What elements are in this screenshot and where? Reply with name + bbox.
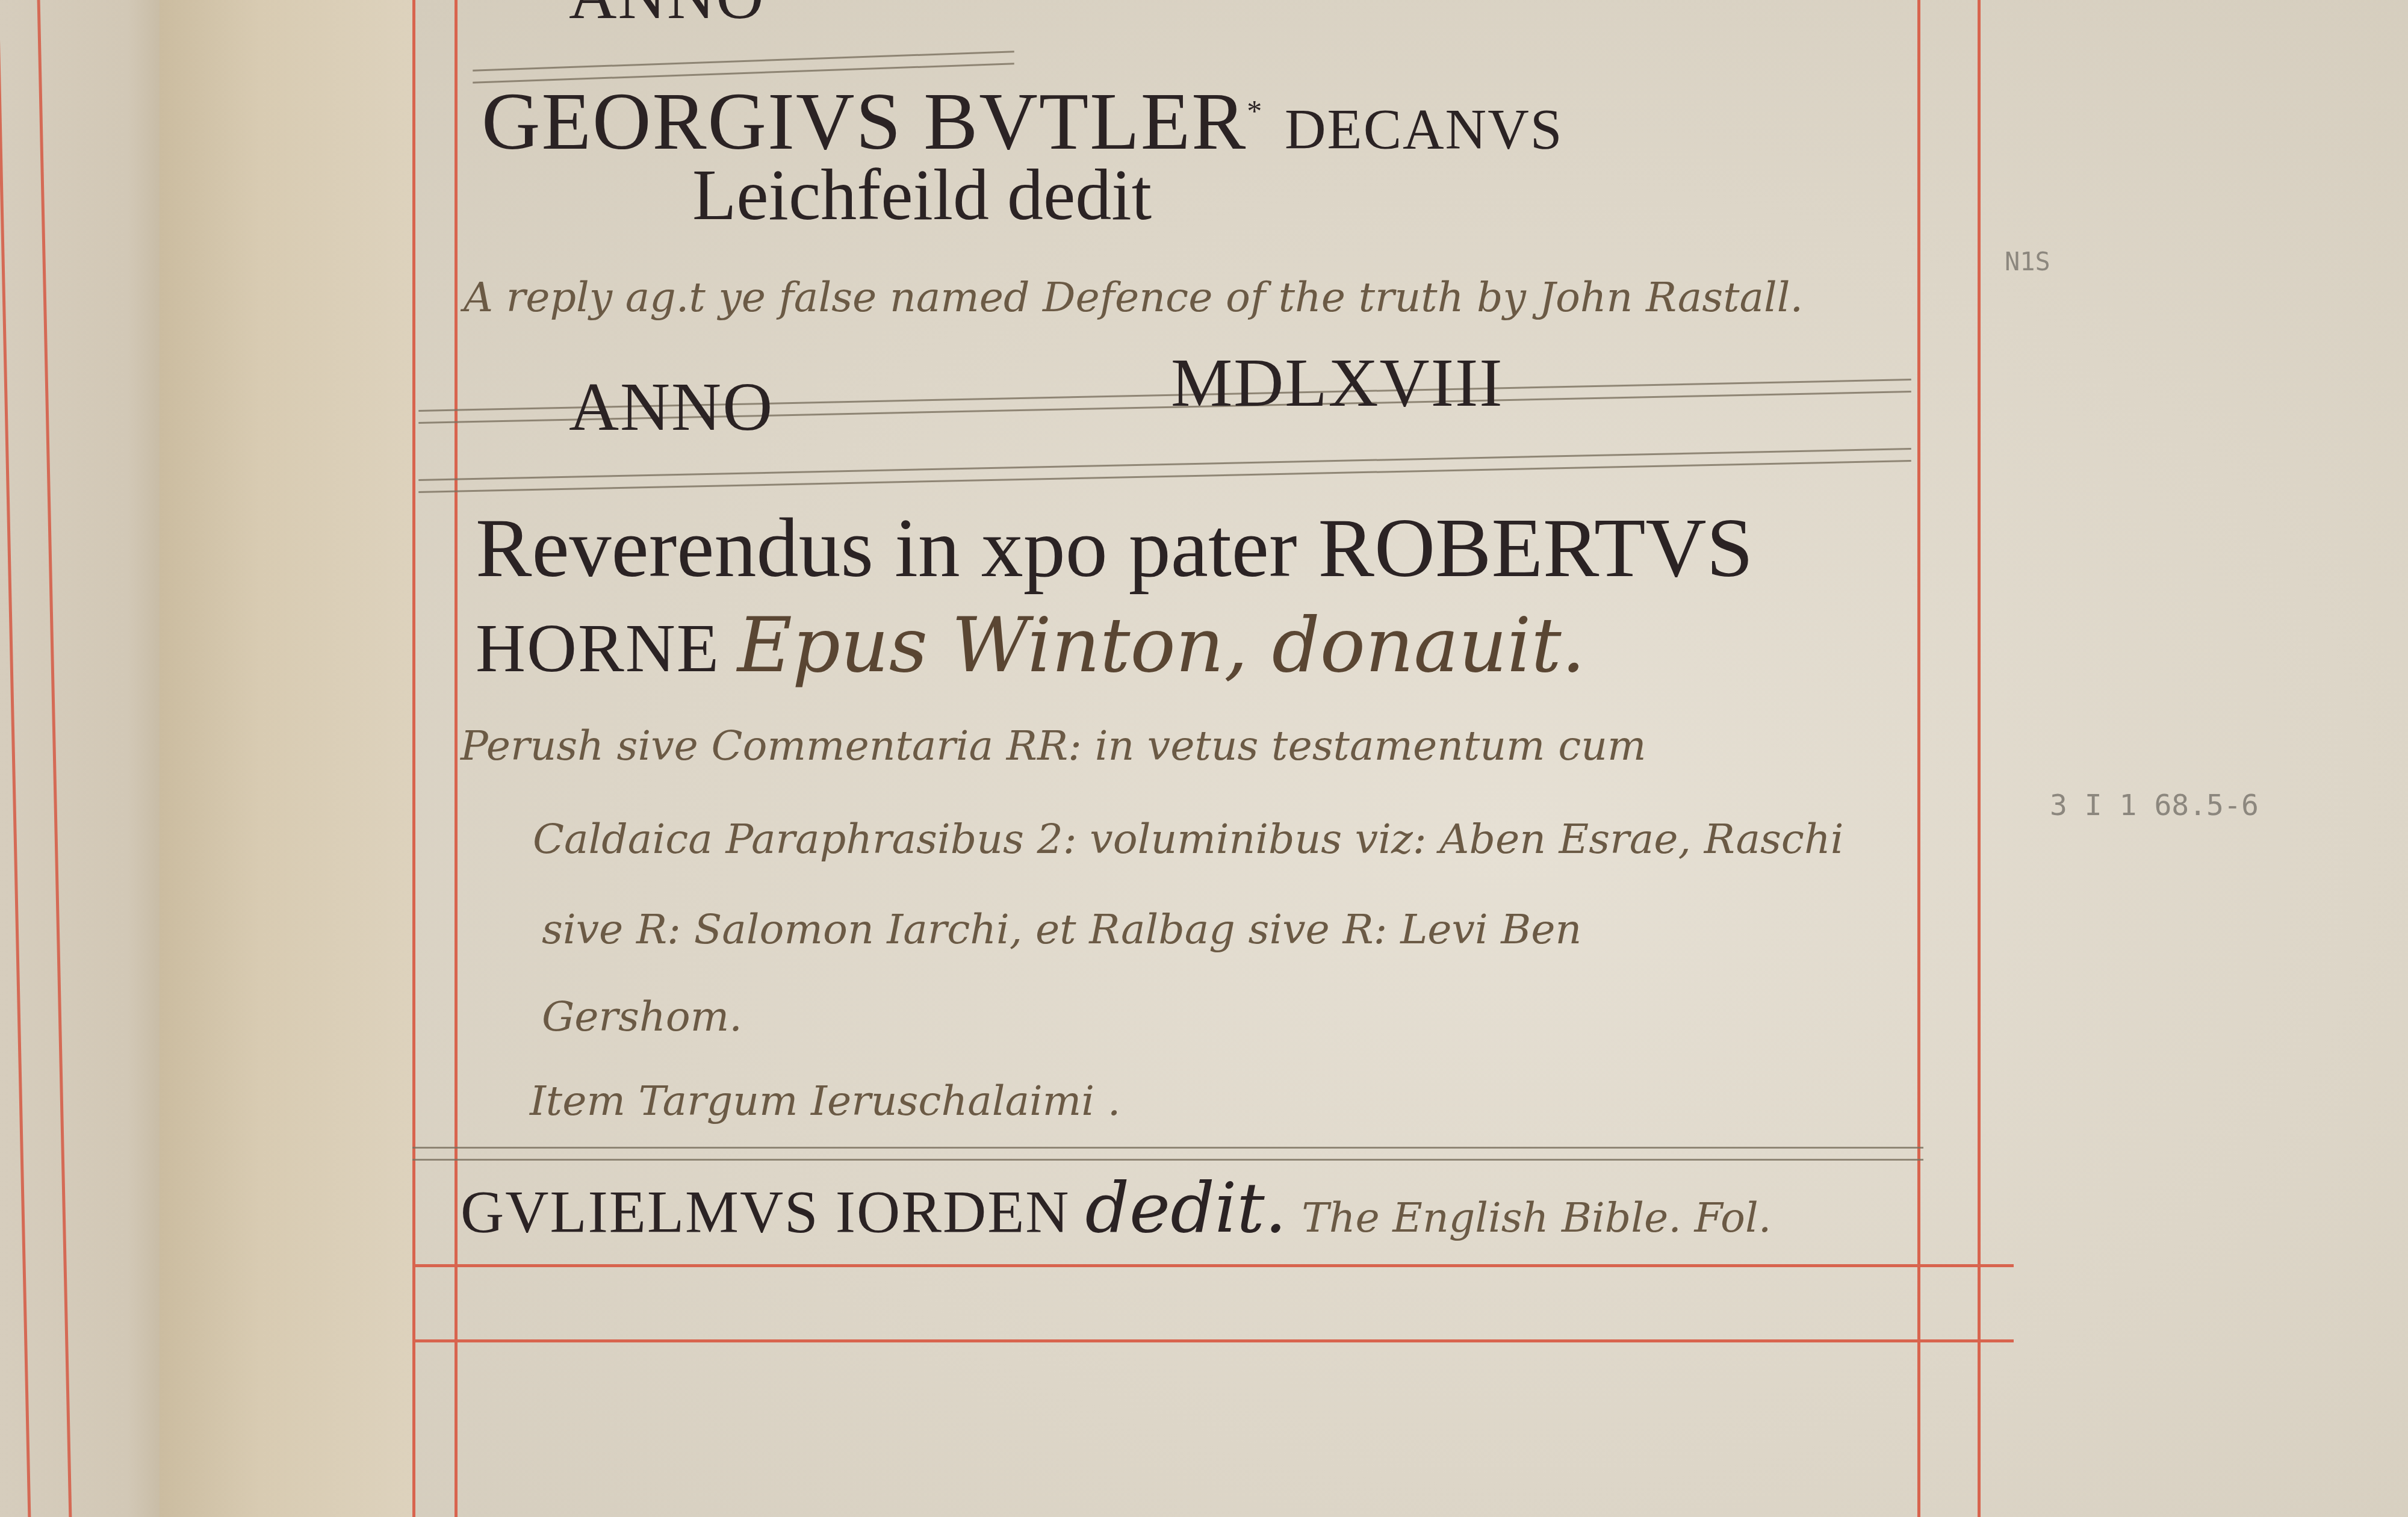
book-title-line: Perush sive Commentaria RR: in vetus tes…: [461, 722, 1646, 770]
ink-rule: [473, 51, 1014, 71]
donor-name: Reverendus in xpo pater ROBERTVS: [476, 500, 1753, 597]
pencil-shelfmark: 3 I 1 68.5-6: [2050, 789, 2259, 822]
donor-place: Leichfeild dedit: [692, 154, 1152, 237]
year-label: ANNO: [569, 367, 774, 447]
red-ruling-line: [37, 0, 72, 1517]
red-ruling-line: [1917, 0, 1920, 1517]
red-ruling-line: [412, 1339, 2014, 1342]
book-title-line: Item Targum Ieruschalaimi .: [530, 1078, 1120, 1125]
donor-line: GVLIELMVS IORDEN dedit. The English Bibl…: [461, 1168, 1771, 1249]
donor-title-line: HORNE Epus Winton, donauit.: [476, 602, 1586, 689]
book-title-line: Gershom.: [542, 993, 742, 1041]
red-ruling-line: [455, 0, 458, 1517]
book-gutter: [160, 0, 412, 1517]
top-year-fragment: ANNO: [569, 0, 765, 34]
previous-page-edge: [0, 0, 161, 1517]
asterisk-mark: *: [1247, 94, 1263, 128]
donor-name: GVLIELMVS IORDEN: [461, 1178, 1070, 1245]
red-ruling-line: [412, 0, 415, 1517]
donor-office: Epus Winton, donauit.: [737, 602, 1586, 689]
red-ruling-line: [412, 1264, 2014, 1267]
donor-title: DECANVS: [1285, 98, 1563, 161]
manuscript-page: ANNO GEORGIVS BVTLER* DECANVS Leichfeild…: [412, 0, 2408, 1517]
red-ruling-line: [1978, 0, 1981, 1517]
book-title: The English Bible. Fol.: [1302, 1194, 1771, 1242]
ink-rule: [412, 1159, 1923, 1161]
book-title-line: Caldaica Paraphrasibus 2: voluminibus vi…: [533, 816, 1844, 863]
book-title: A reply ag.t ye false named Defence of t…: [464, 274, 1803, 321]
year-value: MDLXVIII: [1171, 343, 1504, 423]
donor-verb: dedit.: [1085, 1168, 1286, 1249]
pencil-note: N1S: [2005, 247, 2050, 276]
ink-rule: [412, 1147, 1923, 1149]
red-ruling-line: [0, 0, 31, 1517]
donor-surname: HORNE: [476, 610, 720, 686]
book-title-line: sive R: Salomon Iarchi, et Ralbag sive R…: [542, 906, 1581, 954]
